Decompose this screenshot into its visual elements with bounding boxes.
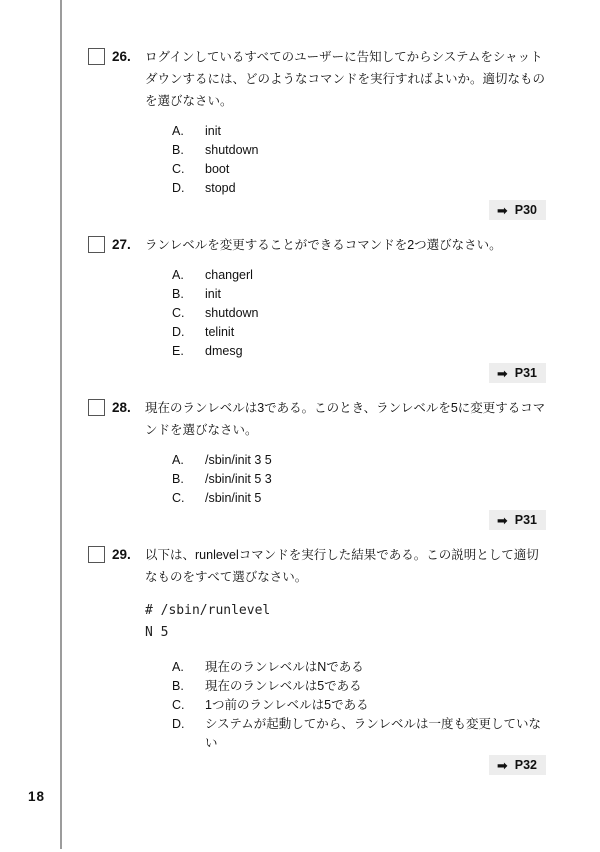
page-ref-label: P30 xyxy=(515,203,537,217)
question-text: ランレベルを変更することができるコマンドを2つ選びなさい。 xyxy=(145,234,546,256)
left-margin-rule xyxy=(60,0,62,849)
code-line: # /sbin/runlevel xyxy=(145,600,546,622)
page-ref-row: ➡ P30 xyxy=(88,200,546,220)
page-ref-label: P32 xyxy=(515,758,537,772)
page-ref-row: ➡ P32 xyxy=(88,755,546,775)
question-number: 28. xyxy=(112,397,145,419)
page-ref-label: P31 xyxy=(515,366,537,380)
code-line: N 5 xyxy=(145,622,546,644)
question-header: 26. ログインしているすべてのユーザーに告知してからシステムをシャットダウンす… xyxy=(88,46,546,112)
option-item: A. init xyxy=(172,122,546,141)
page-number: 18 xyxy=(28,789,45,804)
page-ref-badge: ➡ P31 xyxy=(489,363,546,383)
option-item: E. dmesg xyxy=(172,342,546,361)
question-text: 現在のランレベルは3である。このとき、ランレベルを5に変更するコマンドを選びなさ… xyxy=(145,397,546,441)
option-text: /sbin/init 5 xyxy=(205,489,546,508)
option-letter: A. xyxy=(172,266,205,285)
options-list: A. 現在のランレベルはNである B. 現在のランレベルは5である C. 1つ前… xyxy=(172,658,546,753)
option-text: boot xyxy=(205,160,546,179)
option-letter: D. xyxy=(172,715,205,753)
option-text: shutdown xyxy=(205,304,546,323)
arrow-right-icon: ➡ xyxy=(497,204,508,217)
page-ref-badge: ➡ P30 xyxy=(489,200,546,220)
option-item: C. shutdown xyxy=(172,304,546,323)
option-letter: B. xyxy=(172,677,205,696)
document-page: 18 26. ログインしているすべてのユーザーに告知してからシステムをシャットダ… xyxy=(0,0,600,852)
options-list: A. /sbin/init 3 5 B. /sbin/init 5 3 C. /… xyxy=(172,451,546,508)
option-letter: C. xyxy=(172,160,205,179)
option-text: /sbin/init 5 3 xyxy=(205,470,546,489)
question-number: 27. xyxy=(112,234,145,256)
option-item: C. /sbin/init 5 xyxy=(172,489,546,508)
question-item-28: 28. 現在のランレベルは3である。このとき、ランレベルを5に変更するコマンドを… xyxy=(88,397,546,530)
option-letter: A. xyxy=(172,122,205,141)
arrow-right-icon: ➡ xyxy=(497,367,508,380)
page-ref-badge: ➡ P31 xyxy=(489,510,546,530)
question-number: 29. xyxy=(112,544,145,566)
option-item: C. boot xyxy=(172,160,546,179)
question-item-29: 29. 以下は、runlevelコマンドを実行した結果である。この説明として適切… xyxy=(88,544,546,775)
page-ref-row: ➡ P31 xyxy=(88,510,546,530)
option-text: 現在のランレベルは5である xyxy=(205,677,546,696)
option-item: C. 1つ前のランレベルは5である xyxy=(172,696,546,715)
option-text: init xyxy=(205,285,546,304)
option-letter: B. xyxy=(172,470,205,489)
options-list: A. changerl B. init C. shutdown D. telin… xyxy=(172,266,546,361)
option-letter: E. xyxy=(172,342,205,361)
option-letter: A. xyxy=(172,451,205,470)
option-text: shutdown xyxy=(205,141,546,160)
option-text: 1つ前のランレベルは5である xyxy=(205,696,546,715)
option-text: changerl xyxy=(205,266,546,285)
option-text: 現在のランレベルはNである xyxy=(205,658,546,677)
code-block: # /sbin/runlevel N 5 xyxy=(145,600,546,644)
option-item: B. /sbin/init 5 3 xyxy=(172,470,546,489)
option-letter: D. xyxy=(172,179,205,198)
question-checkbox xyxy=(88,546,105,563)
option-letter: D. xyxy=(172,323,205,342)
question-header: 28. 現在のランレベルは3である。このとき、ランレベルを5に変更するコマンドを… xyxy=(88,397,546,441)
option-item: D. システムが起動してから、ランレベルは一度も変更していない xyxy=(172,715,546,753)
question-checkbox xyxy=(88,399,105,416)
option-item: D. telinit xyxy=(172,323,546,342)
option-text: stopd xyxy=(205,179,546,198)
option-item: A. /sbin/init 3 5 xyxy=(172,451,546,470)
page-ref-badge: ➡ P32 xyxy=(489,755,546,775)
page-ref-label: P31 xyxy=(515,513,537,527)
question-header: 27. ランレベルを変更することができるコマンドを2つ選びなさい。 xyxy=(88,234,546,256)
question-text: 以下は、runlevelコマンドを実行した結果である。この説明として適切なものを… xyxy=(145,544,546,588)
questions-column: 26. ログインしているすべてのユーザーに告知してからシステムをシャットダウンす… xyxy=(88,46,546,789)
option-item: D. stopd xyxy=(172,179,546,198)
option-text: telinit xyxy=(205,323,546,342)
option-item: A. changerl xyxy=(172,266,546,285)
option-text: init xyxy=(205,122,546,141)
option-letter: C. xyxy=(172,489,205,508)
option-item: B. init xyxy=(172,285,546,304)
option-text: システムが起動してから、ランレベルは一度も変更していない xyxy=(205,715,546,753)
page-ref-row: ➡ P31 xyxy=(88,363,546,383)
question-checkbox xyxy=(88,48,105,65)
option-letter: A. xyxy=(172,658,205,677)
option-text: /sbin/init 3 5 xyxy=(205,451,546,470)
question-number: 26. xyxy=(112,46,145,68)
question-header: 29. 以下は、runlevelコマンドを実行した結果である。この説明として適切… xyxy=(88,544,546,588)
option-item: B. 現在のランレベルは5である xyxy=(172,677,546,696)
option-letter: C. xyxy=(172,696,205,715)
question-item-27: 27. ランレベルを変更することができるコマンドを2つ選びなさい。 A. cha… xyxy=(88,234,546,383)
question-text: ログインしているすべてのユーザーに告知してからシステムをシャットダウンするには、… xyxy=(145,46,546,112)
arrow-right-icon: ➡ xyxy=(497,514,508,527)
option-text: dmesg xyxy=(205,342,546,361)
option-item: A. 現在のランレベルはNである xyxy=(172,658,546,677)
question-checkbox xyxy=(88,236,105,253)
option-letter: B. xyxy=(172,285,205,304)
options-list: A. init B. shutdown C. boot D. stopd xyxy=(172,122,546,198)
option-letter: B. xyxy=(172,141,205,160)
option-item: B. shutdown xyxy=(172,141,546,160)
option-letter: C. xyxy=(172,304,205,323)
question-item-26: 26. ログインしているすべてのユーザーに告知してからシステムをシャットダウンす… xyxy=(88,46,546,220)
arrow-right-icon: ➡ xyxy=(497,759,508,772)
